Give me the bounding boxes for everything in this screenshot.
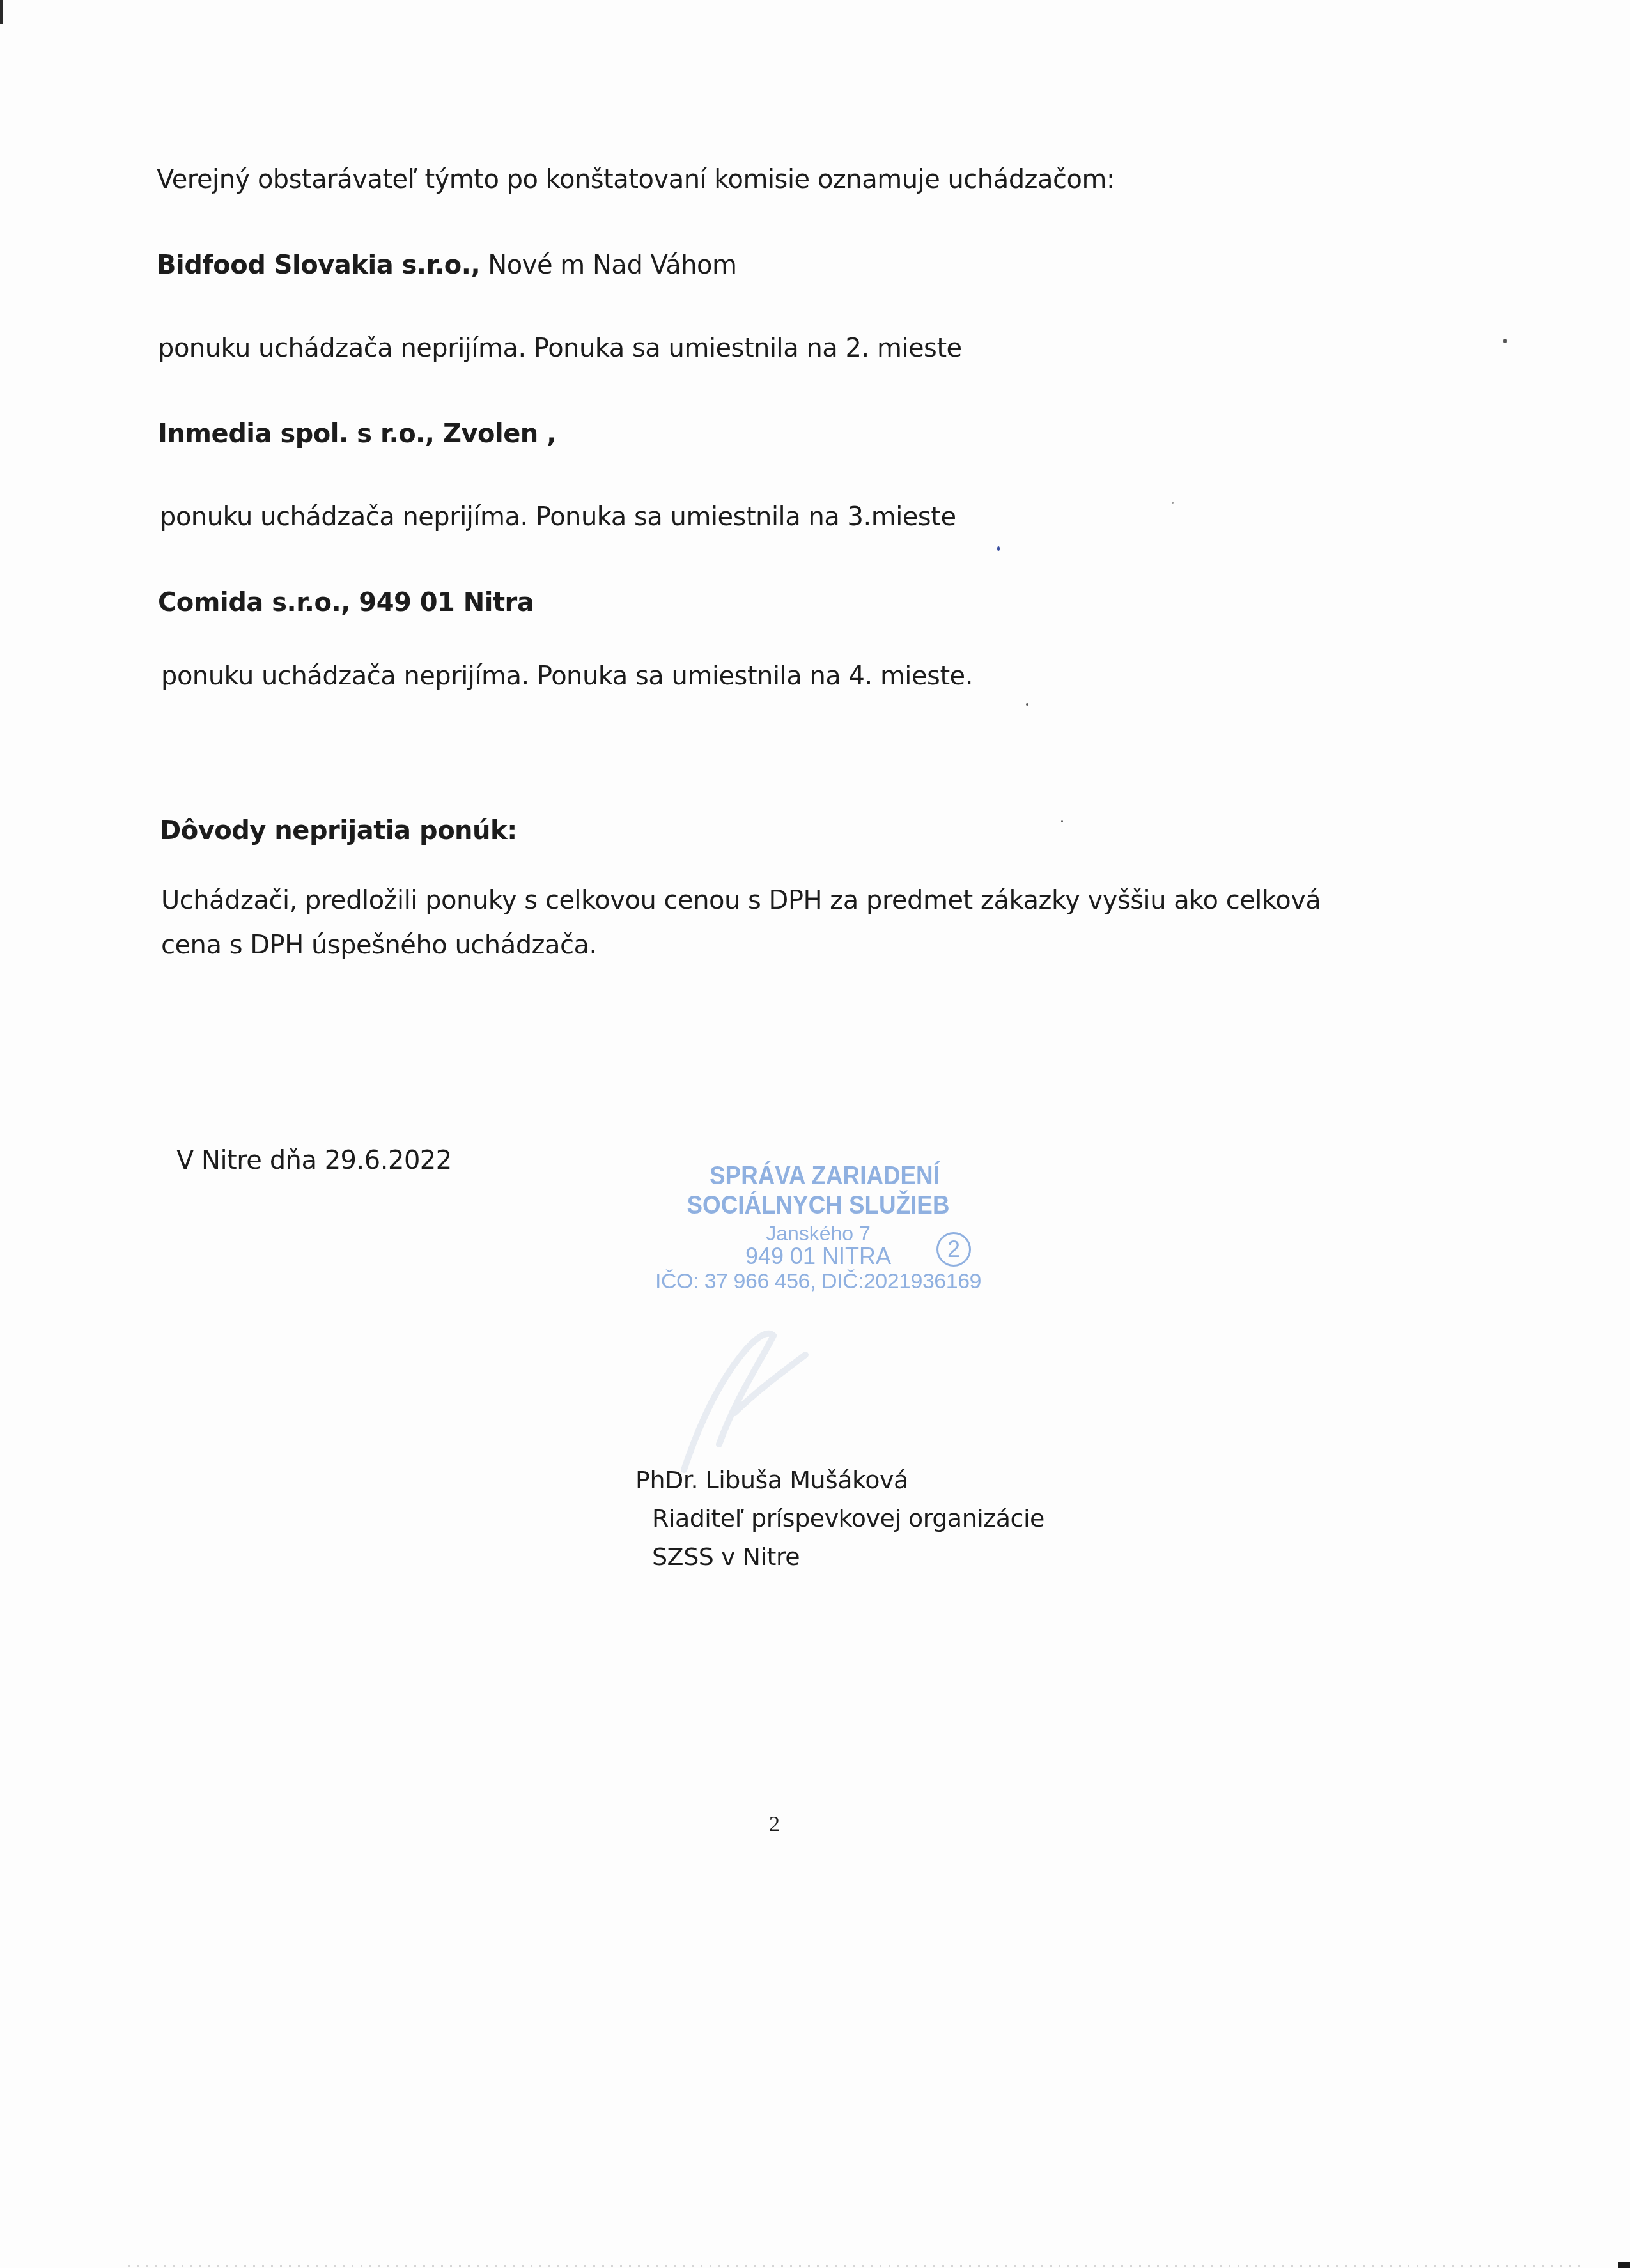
- scan-speck: [1172, 502, 1174, 504]
- stamp-circle-number: 2: [936, 1232, 971, 1267]
- signatory-org: SZSS v Nitre: [652, 1543, 800, 1571]
- scan-speck: [1061, 820, 1063, 822]
- signatory-name: PhDr. Libuša Mušáková: [635, 1466, 908, 1494]
- bidder-1: Bidfood Slovakia s.r.o., Nové m Nad Váho…: [157, 251, 737, 280]
- scan-edge-mark: [0, 0, 3, 24]
- stamp-line-5: IČO: 37 966 456, DIČ:2021936169: [614, 1270, 1023, 1292]
- bidder-3-name: Comida s.r.o., 949 01 Nitra: [158, 588, 534, 617]
- reasons-text-line-2: cena s DPH úspešného uchádzača.: [161, 930, 597, 960]
- page-number: 2: [769, 1812, 780, 1837]
- stamp-line-2: SOCIÁLNYCH SLUŽIEB: [630, 1192, 1007, 1218]
- official-stamp: SPRÁVA ZARIADENÍ SOCIÁLNYCH SLUŽIEB Jans…: [614, 1163, 1023, 1292]
- bidder-3-decision: ponuku uchádzača neprijíma. Ponuka sa um…: [161, 661, 973, 691]
- scan-speck: [1503, 339, 1507, 343]
- reasons-text-line-1: Uchádzači, predložili ponuky s celkovou …: [161, 886, 1321, 915]
- scan-noise: [128, 2265, 1585, 2267]
- bidder-1-location: Nové m Nad Váhom: [480, 251, 736, 280]
- reasons-heading: Dôvody neprijatia ponúk:: [160, 816, 517, 845]
- document-page: Verejný obstarávateľ týmto po konštatova…: [0, 0, 1630, 2268]
- scan-speck: [997, 546, 1000, 551]
- bidder-1-decision: ponuku uchádzača neprijíma. Ponuka sa um…: [158, 334, 962, 363]
- scan-edge-mark: [1618, 2262, 1630, 2268]
- intro-text: Verejný obstarávateľ týmto po konštatova…: [157, 165, 1115, 194]
- bidder-2-decision: ponuku uchádzača neprijíma. Ponuka sa um…: [160, 502, 956, 532]
- bidder-1-name: Bidfood Slovakia s.r.o.,: [157, 251, 480, 280]
- signatory-title: Riaditeľ príspevkovej organizácie: [652, 1504, 1044, 1532]
- scan-speck: [1026, 703, 1028, 706]
- stamp-line-1: SPRÁVA ZARIADENÍ: [642, 1163, 1007, 1189]
- place-date: V Nitre dňa 29.6.2022: [176, 1146, 452, 1175]
- signature-icon: [658, 1316, 825, 1483]
- bidder-2-name: Inmedia spol. s r.o., Zvolen ,: [158, 419, 556, 449]
